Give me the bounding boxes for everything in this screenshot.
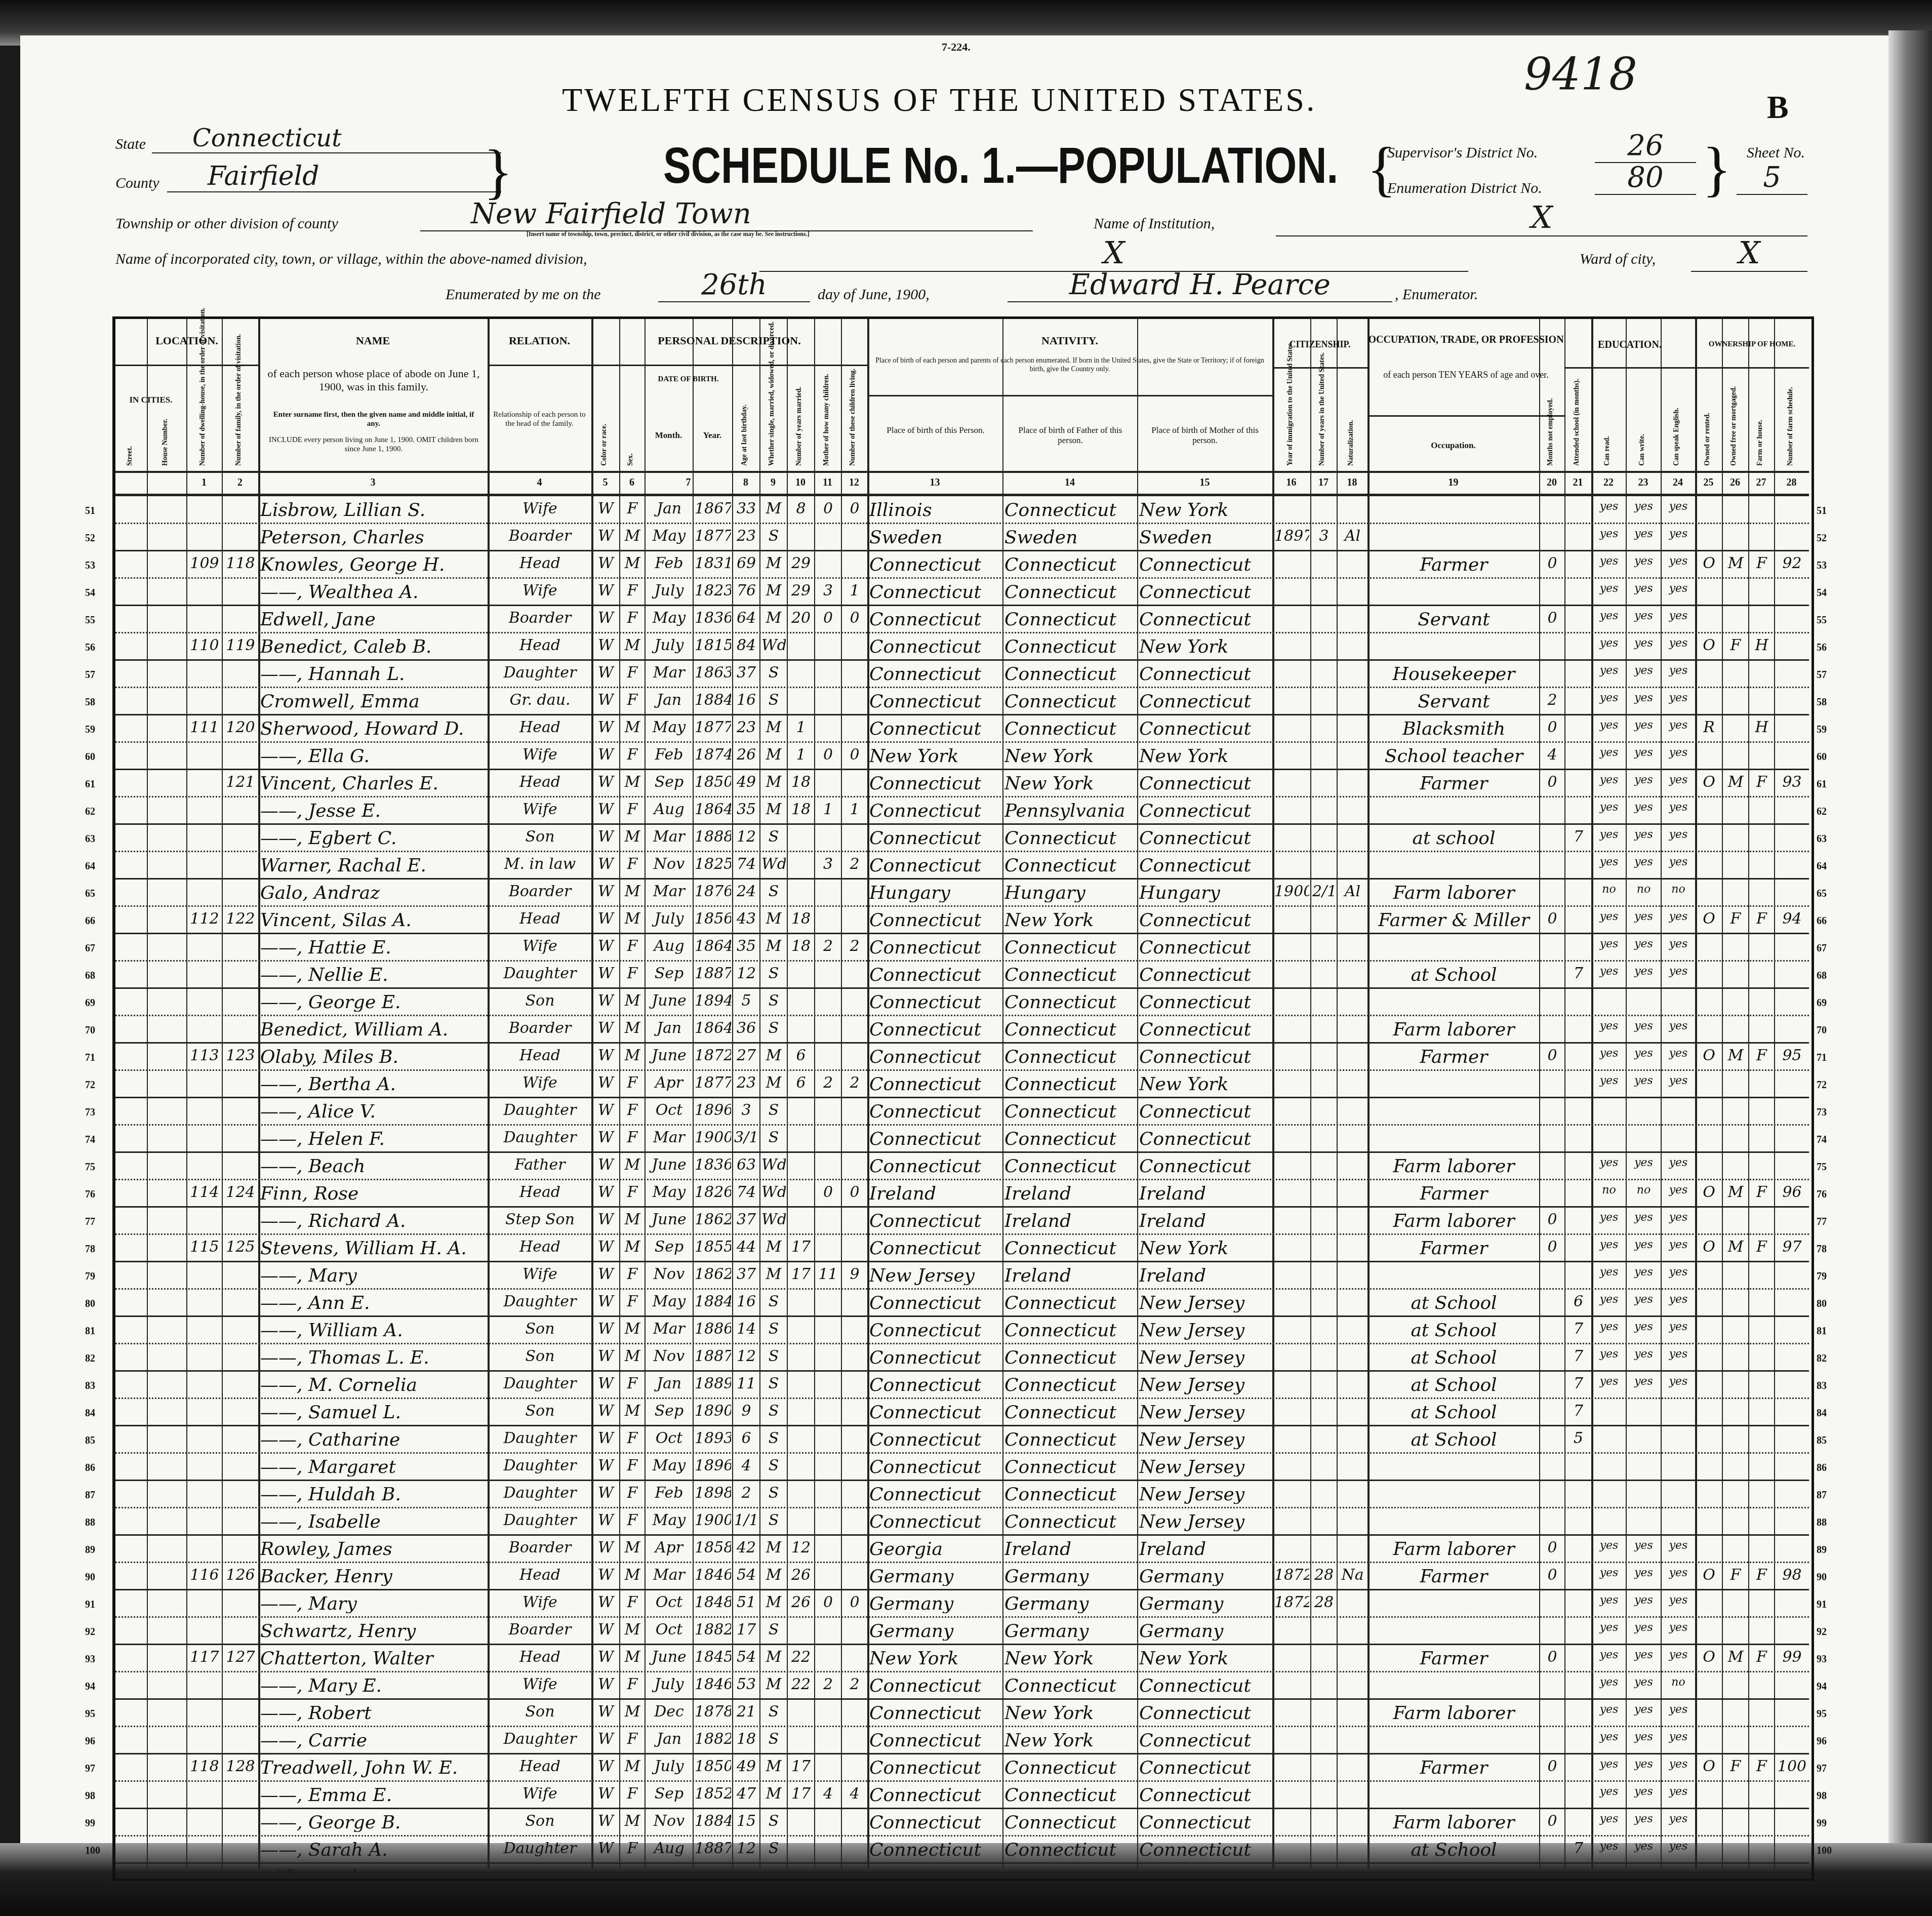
cell-read: yes: [1593, 1021, 1625, 1032]
cell-pobm: Connecticut: [1139, 1704, 1271, 1723]
cell-nat: Na: [1339, 1568, 1366, 1583]
cell-mo: 0: [816, 747, 840, 763]
population-table: LOCATION.IN CITIES.NAMEof each person wh…: [112, 316, 1814, 1881]
cell-mar: S: [761, 1431, 786, 1446]
cell-sex: M: [621, 1048, 643, 1063]
cell-mar: S: [761, 665, 786, 681]
cell-year: 1862: [695, 1267, 731, 1282]
cell-sched: 97: [1776, 1240, 1808, 1255]
cell-sex: M: [621, 993, 643, 1009]
cell-name: ——, Bertha A.: [260, 1075, 487, 1094]
cell-age: 16: [734, 1294, 758, 1309]
row-number-left: 58: [85, 697, 95, 708]
cell-age: 11: [734, 1376, 758, 1391]
column-divider: [1661, 319, 1662, 1868]
column-number: 27: [1748, 477, 1774, 489]
cell-speak: yes: [1663, 1185, 1694, 1196]
cell-mar: Wd: [761, 1185, 786, 1200]
enumerated-prefix: Enumerated by me on the: [446, 286, 601, 303]
cell-occ: at School: [1370, 1841, 1538, 1859]
row-number-right: 73: [1817, 1107, 1827, 1119]
cell-rel: Son: [490, 829, 590, 845]
cell-pobf: New York: [1004, 775, 1136, 793]
cell-rel: Wife: [490, 1075, 590, 1091]
cell-own: O: [1697, 556, 1721, 571]
cell-sex: M: [621, 1349, 643, 1364]
cell-mo: 0: [816, 1185, 840, 1200]
cell-name: Stevens, William H. A.: [260, 1240, 487, 1258]
cell-color: W: [593, 1458, 618, 1473]
column-divider: [1564, 319, 1565, 1868]
cell-ym: 18: [789, 775, 813, 790]
cell-speak: yes: [1663, 1595, 1694, 1606]
cell-speak: no: [1663, 884, 1694, 895]
cell-write: yes: [1628, 1622, 1660, 1633]
header-color: Color or race.: [600, 380, 609, 466]
row-rule-dotted: [115, 1288, 1809, 1290]
cell-pob: Connecticut: [869, 1458, 1001, 1476]
cell-free: F: [1724, 911, 1747, 927]
cell-pobm: Connecticut: [1139, 966, 1271, 984]
cell-write: yes: [1628, 1075, 1660, 1087]
cell-speak: yes: [1663, 1841, 1694, 1852]
cell-occ: School teacher: [1370, 747, 1538, 766]
cell-speak: yes: [1663, 1814, 1694, 1825]
header-speak: Can speak English.: [1673, 375, 1681, 466]
cell-write: yes: [1628, 529, 1660, 540]
cell-pobm: New Jersey: [1139, 1294, 1271, 1312]
cell-age: 16: [734, 693, 758, 708]
cell-pobm: New Jersey: [1139, 1458, 1271, 1476]
cell-mar: M: [761, 939, 786, 954]
header-read: Can read.: [1603, 375, 1612, 466]
cell-color: W: [593, 638, 618, 653]
row-rule: [115, 1753, 1809, 1754]
cell-age: 42: [734, 1540, 758, 1555]
cell-name: ——, Catharine: [260, 1431, 487, 1449]
row-number-right: 63: [1817, 833, 1827, 845]
cell-year: 1876: [695, 884, 731, 899]
row-number-right: 69: [1817, 997, 1827, 1009]
cell-color: W: [593, 1595, 618, 1610]
header-rule: [115, 494, 1809, 496]
row-number-left: 89: [85, 1544, 95, 1556]
cell-month: Mar: [647, 1130, 692, 1145]
row-number-right: 55: [1817, 615, 1827, 626]
cell-read: yes: [1593, 1732, 1625, 1743]
column-divider: [841, 319, 842, 1868]
cell-year: 1848: [695, 1595, 731, 1610]
cell-sex: F: [621, 1732, 643, 1747]
cell-own: O: [1697, 1650, 1721, 1665]
cell-ym: 22: [789, 1677, 813, 1692]
row-rule: [115, 550, 1809, 551]
cell-name: ——, George B.: [260, 1814, 487, 1832]
cell-pobm: Sweden: [1139, 529, 1271, 547]
cell-unemp: 0: [1541, 720, 1563, 735]
column-number: 24: [1661, 477, 1695, 489]
cell-rel: Wife: [490, 501, 590, 516]
row-rule: [115, 933, 1809, 934]
cell-pobf: Connecticut: [1004, 1021, 1136, 1039]
cell-unemp: 0: [1541, 556, 1563, 571]
cell-yus: 28: [1312, 1595, 1336, 1610]
cell-speak: no: [1663, 1677, 1694, 1688]
cell-write: yes: [1628, 1650, 1660, 1661]
cell-read: yes: [1593, 857, 1625, 868]
cell-dw: 109: [188, 556, 221, 571]
county-label: County: [115, 175, 159, 192]
cell-sex: F: [621, 1841, 643, 1856]
cell-name: ——, Mary E.: [260, 1677, 487, 1695]
cell-pobm: New York: [1139, 638, 1271, 656]
cell-write: yes: [1628, 1814, 1660, 1825]
cell-age: 3: [734, 1103, 758, 1118]
row-number-right: 100: [1817, 1845, 1832, 1857]
cell-sch: 7: [1566, 1322, 1590, 1337]
cell-farm: F: [1750, 1240, 1773, 1255]
header-house: House Number.: [162, 413, 170, 466]
cell-year: 1886: [695, 1322, 731, 1337]
cell-rel: Father: [490, 1157, 590, 1173]
column-divider: [1748, 319, 1749, 1868]
cell-pobf: Connecticut: [1004, 1486, 1136, 1504]
cell-sched: 100: [1776, 1759, 1808, 1774]
column-divider: [645, 319, 646, 1868]
cell-age: 35: [734, 802, 758, 817]
header-occupation-desc: of each person TEN YEARS of age and over…: [1371, 370, 1561, 381]
cell-color: W: [593, 747, 618, 763]
column-divider: [732, 319, 733, 1868]
row-number-left: 91: [85, 1599, 95, 1611]
cell-rel: Daughter: [490, 1130, 590, 1145]
cell-month: June: [647, 1048, 692, 1063]
cell-month: June: [647, 1212, 692, 1227]
cell-free: F: [1724, 1759, 1747, 1774]
row-number-right: 97: [1817, 1763, 1827, 1775]
cell-pob: New York: [869, 1650, 1001, 1668]
cell-sex: F: [621, 665, 643, 681]
row-number-right: 51: [1817, 505, 1827, 517]
cell-age: 54: [734, 1568, 758, 1583]
cell-sch: 7: [1566, 1349, 1590, 1364]
cell-fam: 126: [224, 1568, 257, 1583]
row-rule-dotted: [115, 1562, 1809, 1563]
cell-write: yes: [1628, 1240, 1660, 1251]
cell-year: 1815: [695, 638, 731, 653]
cell-pobf: Connecticut: [1004, 1240, 1136, 1258]
row-number-right: 66: [1817, 915, 1827, 927]
cell-pobm: Ireland: [1139, 1185, 1271, 1203]
cell-yus: 28: [1312, 1568, 1336, 1583]
cell-pobf: Connecticut: [1004, 1376, 1136, 1394]
cell-color: W: [593, 1786, 618, 1802]
cell-own: O: [1697, 1759, 1721, 1774]
row-number-left: 95: [85, 1708, 95, 1720]
cell-month: May: [647, 720, 692, 735]
cell-age: 3/12: [734, 1130, 758, 1145]
cell-month: Mar: [647, 829, 692, 845]
cell-mar: S: [761, 1732, 786, 1747]
cell-unemp: 0: [1541, 1048, 1563, 1063]
cell-pobf: Germany: [1004, 1622, 1136, 1641]
cell-pobm: Connecticut: [1139, 1814, 1271, 1832]
cell-color: W: [593, 1185, 618, 1200]
cell-month: Feb: [647, 556, 692, 571]
cell-free: M: [1724, 556, 1747, 571]
header-rule: [1564, 367, 1809, 369]
cell-year: 1864: [695, 1021, 731, 1036]
cell-sched: 95: [1776, 1048, 1808, 1063]
cell-sex: F: [621, 1294, 643, 1309]
cell-fam: 122: [224, 911, 257, 927]
header-sched: Number of farm schedule.: [1787, 375, 1795, 466]
cell-pob: Connecticut: [869, 1294, 1001, 1312]
cell-mar: Wd: [761, 638, 786, 653]
cell-speak: yes: [1663, 611, 1694, 622]
cell-year: 1850: [695, 775, 731, 790]
row-rule-dotted: [115, 1015, 1809, 1016]
cell-age: 84: [734, 638, 758, 653]
cell-mar: M: [761, 1677, 786, 1692]
row-number-left: 66: [85, 915, 95, 927]
cell-sched: 94: [1776, 911, 1808, 927]
header-free: Owned free or mortgaged.: [1730, 375, 1738, 466]
cell-speak: yes: [1663, 1212, 1694, 1223]
cell-age: 21: [734, 1704, 758, 1720]
cell-rel: Wife: [490, 1677, 590, 1692]
row-number-left: 64: [85, 861, 95, 872]
cell-rel: Step Son: [490, 1212, 590, 1227]
header-own: Owned or rented.: [1704, 375, 1712, 466]
cell-color: W: [593, 1732, 618, 1747]
cell-rel: Daughter: [490, 966, 590, 981]
cell-read: no: [1593, 884, 1625, 895]
cell-pobm: New York: [1139, 1650, 1271, 1668]
row-rule: [115, 769, 1809, 770]
cell-mar: M: [761, 1048, 786, 1063]
cell-color: W: [593, 829, 618, 845]
cell-pob: Connecticut: [869, 857, 1001, 875]
cell-rel: Wife: [490, 1595, 590, 1610]
cell-write: yes: [1628, 1759, 1660, 1770]
cell-pobf: Connecticut: [1004, 583, 1136, 602]
cell-fam: 128: [224, 1759, 257, 1774]
cell-year: 1864: [695, 802, 731, 817]
cell-imm: 1900: [1274, 884, 1309, 899]
cell-month: July: [647, 911, 692, 927]
cell-sex: M: [621, 1240, 643, 1255]
cell-pobf: Connecticut: [1004, 556, 1136, 574]
cell-age: 2: [734, 1486, 758, 1501]
cell-occ: Farmer: [1370, 775, 1538, 793]
header-rule: [1367, 415, 1564, 417]
cell-read: yes: [1593, 1677, 1625, 1688]
cell-free: M: [1724, 775, 1747, 790]
cell-fam: 118: [224, 556, 257, 571]
cell-dw: 110: [188, 638, 221, 653]
ward-field: X: [1691, 235, 1807, 272]
cell-age: 27: [734, 1048, 758, 1063]
cell-read: yes: [1593, 1048, 1625, 1059]
cell-pobm: Connecticut: [1139, 775, 1271, 793]
cell-pobm: Connecticut: [1139, 857, 1271, 875]
row-number-left: 77: [85, 1216, 95, 1228]
header-pob-father: Place of birth of Father of this person.: [1010, 425, 1131, 446]
cell-age: 54: [734, 1650, 758, 1665]
cell-age: 69: [734, 556, 758, 571]
header-sex: Sex.: [627, 380, 635, 466]
cell-speak: yes: [1663, 1704, 1694, 1715]
cell-imm: 1872: [1274, 1595, 1309, 1610]
cell-dw: 118: [188, 1759, 221, 1774]
header-mar: Whether single, married, widowed, or div…: [768, 380, 776, 466]
cell-sex: F: [621, 1103, 643, 1118]
cell-dw: 113: [188, 1048, 221, 1063]
cell-rel: Wife: [490, 1786, 590, 1802]
cell-name: ——, Mary: [260, 1595, 487, 1613]
row-number-right: 85: [1817, 1435, 1827, 1447]
cell-sex: M: [621, 1704, 643, 1720]
header-age: Age at last birthday.: [741, 380, 749, 466]
cell-pob: Hungary: [869, 884, 1001, 902]
cell-ym: 29: [789, 556, 813, 571]
cell-age: 47: [734, 1786, 758, 1802]
cell-age: 36: [734, 1021, 758, 1036]
cell-rel: Son: [490, 1349, 590, 1364]
cell-mar: M: [761, 802, 786, 817]
column-divider: [147, 319, 148, 1868]
cell-name: ——, Beach: [260, 1157, 487, 1176]
row-number-right: 80: [1817, 1298, 1827, 1310]
cell-color: W: [593, 1240, 618, 1255]
cell-pobf: Connecticut: [1004, 1048, 1136, 1066]
state-field: Connecticut: [152, 124, 501, 153]
cell-mar: S: [761, 993, 786, 1009]
cell-read: yes: [1593, 829, 1625, 841]
cell-mar: S: [761, 884, 786, 899]
cell-name: ——, Wealthea A.: [260, 583, 487, 602]
cell-month: Apr: [647, 1540, 692, 1555]
cell-name: Lisbrow, Lillian S.: [260, 501, 487, 520]
row-rule: [115, 987, 1809, 989]
cell-color: W: [593, 911, 618, 927]
cell-occ: Farm laborer: [1370, 1814, 1538, 1832]
cell-month: Mar: [647, 1322, 692, 1337]
column-number: 23: [1626, 477, 1661, 489]
cell-color: W: [593, 1704, 618, 1720]
cell-mar: M: [761, 501, 786, 516]
cell-pobm: Germany: [1139, 1622, 1271, 1641]
cell-year: 1836: [695, 611, 731, 626]
column-number: 25: [1695, 477, 1722, 489]
cell-pob: Connecticut: [869, 1431, 1001, 1449]
cell-rel: Son: [490, 1814, 590, 1829]
cell-year: 1877: [695, 1075, 731, 1091]
cell-read: yes: [1593, 966, 1625, 977]
row-number-left: 56: [85, 642, 95, 654]
cell-name: Sherwood, Howard D.: [260, 720, 487, 738]
cell-pobf: New York: [1004, 747, 1136, 766]
cell-write: yes: [1628, 556, 1660, 567]
cell-year: 1874: [695, 747, 731, 763]
cell-name: ——, Ann E.: [260, 1294, 487, 1312]
cell-color: W: [593, 1130, 618, 1145]
cell-pob: Georgia: [869, 1540, 1001, 1559]
cell-rel: Boarder: [490, 1540, 590, 1555]
cell-speak: yes: [1663, 1376, 1694, 1387]
row-rule: [115, 823, 1809, 825]
cell-name: ——, Samuel L.: [260, 1404, 487, 1422]
cell-sex: M: [621, 529, 643, 544]
column-number: 22: [1591, 477, 1626, 489]
cell-color: W: [593, 884, 618, 899]
cell-sch: 7: [1566, 1841, 1590, 1856]
cell-mo: 3: [816, 857, 840, 872]
cell-read: yes: [1593, 638, 1625, 649]
cell-pobm: Connecticut: [1139, 1759, 1271, 1777]
cell-pob: Connecticut: [869, 1130, 1001, 1148]
cell-pobf: New York: [1004, 1704, 1136, 1723]
row-rule: [115, 1698, 1809, 1700]
cell-pob: Connecticut: [869, 693, 1001, 711]
cell-month: Mar: [647, 1568, 692, 1583]
cell-nat: Al: [1339, 884, 1366, 899]
cell-read: yes: [1593, 501, 1625, 512]
column-number: 20: [1539, 477, 1564, 489]
cell-year: 1850: [695, 1759, 731, 1774]
cell-pob: Connecticut: [869, 1157, 1001, 1176]
cell-mar: M: [761, 747, 786, 763]
cell-mar: M: [761, 1540, 786, 1555]
cell-year: 1845: [695, 1650, 731, 1665]
cell-ym: 18: [789, 911, 813, 927]
cell-pob: Connecticut: [869, 911, 1001, 930]
cell-farm: F: [1750, 1048, 1773, 1063]
cell-read: yes: [1593, 529, 1625, 540]
cell-write: yes: [1628, 1786, 1660, 1798]
cell-pob: Connecticut: [869, 1103, 1001, 1121]
cell-pobm: Connecticut: [1139, 1732, 1271, 1750]
row-number-right: 90: [1817, 1572, 1827, 1583]
cell-pobf: Connecticut: [1004, 1075, 1136, 1094]
cell-month: Jan: [647, 1376, 692, 1391]
cell-speak: yes: [1663, 529, 1694, 540]
cell-name: Knowles, George H.: [260, 556, 487, 574]
cell-liv: 2: [843, 1075, 866, 1091]
cell-name: ——, Emma E.: [260, 1786, 487, 1805]
cell-age: 24: [734, 884, 758, 899]
cell-write: yes: [1628, 1732, 1660, 1743]
cell-name: ——, Alice V.: [260, 1103, 487, 1121]
township-field: New Fairfield Town: [420, 197, 1033, 231]
cell-name: ——, Nellie E.: [260, 966, 487, 984]
row-number-left: 94: [85, 1681, 95, 1693]
cell-month: Nov: [647, 857, 692, 872]
cell-age: 17: [734, 1622, 758, 1638]
row-number-left: 92: [85, 1626, 95, 1638]
header-personal: PERSONAL DESCRIPTION.: [591, 334, 867, 347]
cell-pob: Germany: [869, 1622, 1001, 1641]
cell-sex: F: [621, 1267, 643, 1282]
cell-sex: F: [621, 1486, 643, 1501]
cell-color: W: [593, 1841, 618, 1856]
cell-rel: Son: [490, 993, 590, 1009]
sheet-label: Sheet No.: [1747, 144, 1805, 162]
row-rule-dotted: [115, 1835, 1809, 1837]
column-divider: [1002, 319, 1003, 1868]
cell-speak: yes: [1663, 829, 1694, 841]
